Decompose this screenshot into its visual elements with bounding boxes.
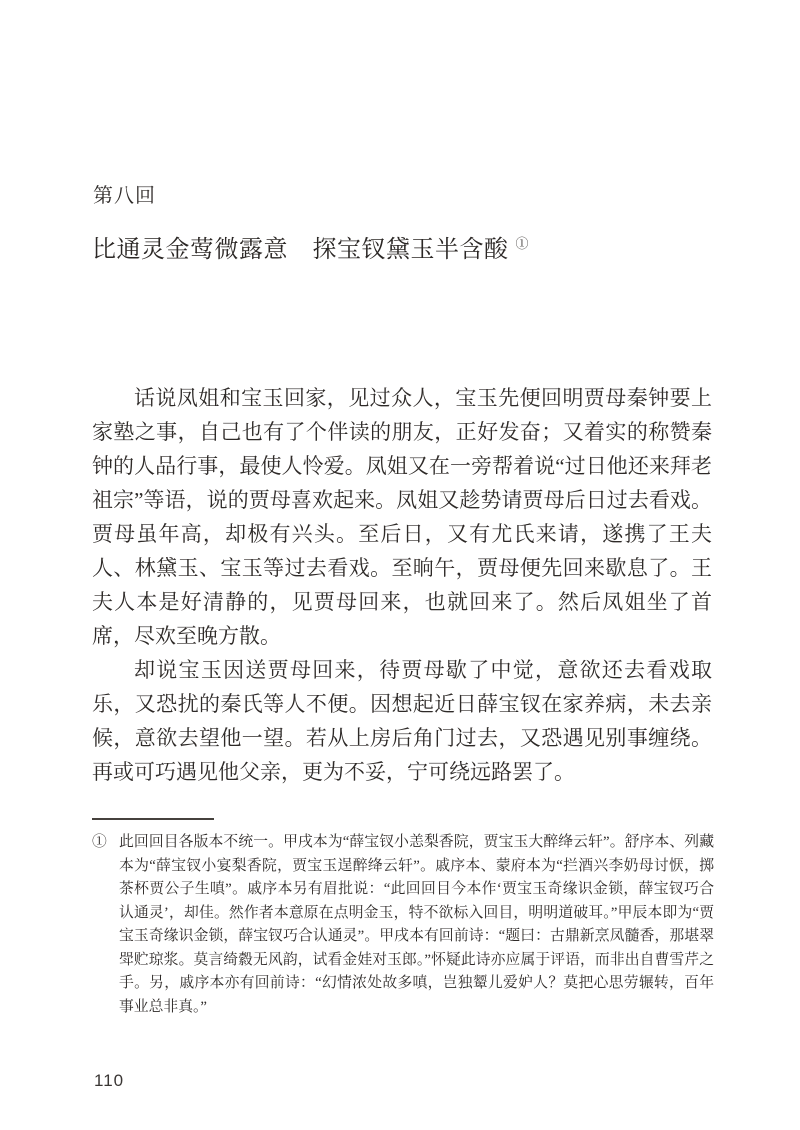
footnote-text: 此回回目各版本不统一。甲戌本为“薛宝钗小恙梨香院，贾宝玉大醉绛云轩”。舒序本、列… <box>119 831 714 1019</box>
page-number: 110 <box>94 1071 124 1091</box>
footnote: ① 此回回目各版本不统一。甲戌本为“薛宝钗小恙梨香院，贾宝玉大醉绛云轩”。舒序本… <box>92 831 714 1019</box>
chapter-title: 比通灵金莺微露意 探宝钗黛玉半含酸① <box>92 229 529 264</box>
paragraph-2: 却说宝玉因送贾母回来，待贾母歇了中觉，意欲还去看戏取乐，又恐扰的秦氏等人不便。因… <box>92 653 712 789</box>
body-text: 话说凤姐和宝玉回家，见过众人，宝玉先便回明贾母秦钟要上家塾之事，自己也有了个伴读… <box>92 381 712 789</box>
chapter-title-text: 比通灵金莺微露意 探宝钗黛玉半含酸 <box>92 237 509 263</box>
footnote-marker: ① <box>92 831 119 1019</box>
chapter-number: 第八回 <box>93 179 156 208</box>
footnote-reference-mark: ① <box>516 236 529 251</box>
book-page: 第八回 比通灵金莺微露意 探宝钗黛玉半含酸① 话说凤姐和宝玉回家，见过众人，宝玉… <box>0 0 800 1130</box>
paragraph-1: 话说凤姐和宝玉回家，见过众人，宝玉先便回明贾母秦钟要上家塾之事，自己也有了个伴读… <box>92 381 712 653</box>
footnote-separator <box>92 818 214 820</box>
